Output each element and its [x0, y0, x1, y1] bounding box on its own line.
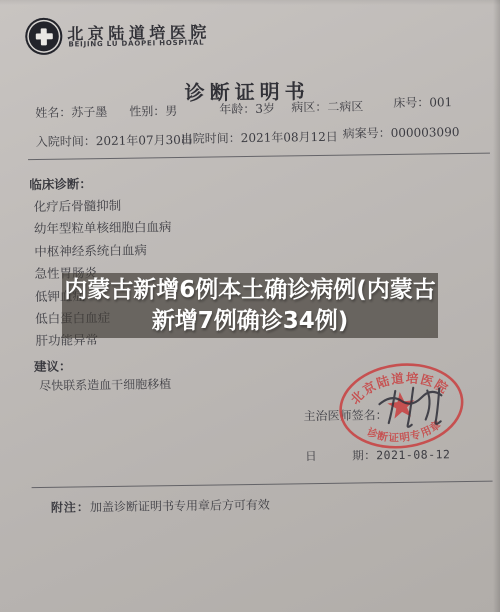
field-name-label: 姓名：: [35, 105, 71, 120]
field-age-label: 年龄：: [219, 102, 255, 117]
field-record-value: 000003090: [391, 125, 460, 140]
field-record-label: 病案号：: [343, 126, 391, 141]
diagnosis-section-label: 临床诊断：: [29, 174, 92, 193]
hospital-logo-icon: [25, 18, 63, 56]
hospital-name-en: BEIJING LU DAOPEI HOSPITAL: [68, 39, 204, 49]
news-caption-line1: 内蒙古新增6例本土确诊病例(内蒙古: [64, 275, 436, 306]
field-age-value: 3岁: [255, 102, 275, 116]
diagnosis-line: 中枢神经系统白血病: [34, 239, 172, 263]
footnote-label: 附注：: [51, 500, 90, 515]
field-ward-value: 二病区: [327, 99, 363, 114]
field-record-number: 病案号：000003090: [343, 123, 460, 142]
footnote: 附注：加盖诊断证明书专用章后方可有效: [51, 496, 270, 516]
diagnosis-line: 化疗后骨髓抑制: [34, 194, 172, 218]
field-discharge-date: 出院时间：2021年08月12日: [181, 128, 338, 147]
field-discharge-label: 出院时间：: [181, 131, 241, 146]
date-label-day: 日: [305, 448, 317, 464]
field-name-value: 苏子墨: [71, 105, 107, 120]
suggestion-label: 建议：: [34, 357, 72, 376]
diagnosis-line: 幼年型粒单核细胞白血病: [34, 216, 172, 240]
field-bed-value: 001: [429, 95, 452, 109]
news-caption-line2: 新增7例确诊34例): [152, 306, 349, 337]
field-ward: 病区：二病区: [291, 97, 363, 115]
field-gender-label: 性别：: [129, 104, 165, 119]
field-gender: 性别：男: [129, 102, 177, 120]
field-ward-label: 病区：: [291, 100, 327, 115]
field-bed: 床号：001: [393, 93, 452, 111]
field-admit-value: 2021年07月30日: [96, 133, 193, 148]
suggestion-text: 尽快联系造血干细胞移植: [39, 375, 171, 394]
field-admit-date: 入院时间：2021年07月30日: [36, 131, 193, 150]
document-photo: 北京陆道培医院 BEIJING LU DAOPEI HOSPITAL 诊断证明书…: [0, 0, 500, 612]
divider-line-bottom: [32, 481, 493, 489]
field-admit-label: 入院时间：: [36, 134, 96, 149]
field-discharge-value: 2021年08月12日: [241, 130, 338, 145]
footnote-text: 加盖诊断证明书专用章后方可有效: [90, 498, 270, 515]
medical-cross-icon: [35, 28, 52, 45]
divider-line-top: [28, 153, 490, 161]
field-bed-label: 床号：: [393, 95, 429, 110]
field-name: 姓名：苏子墨: [35, 103, 107, 121]
field-age: 年龄：3岁: [219, 100, 275, 118]
physician-signature-handwriting: [369, 381, 462, 430]
news-caption-overlay: 内蒙古新增6例本土确诊病例(内蒙古 新增7例确诊34例): [62, 273, 438, 338]
field-gender-value: 男: [165, 104, 177, 118]
